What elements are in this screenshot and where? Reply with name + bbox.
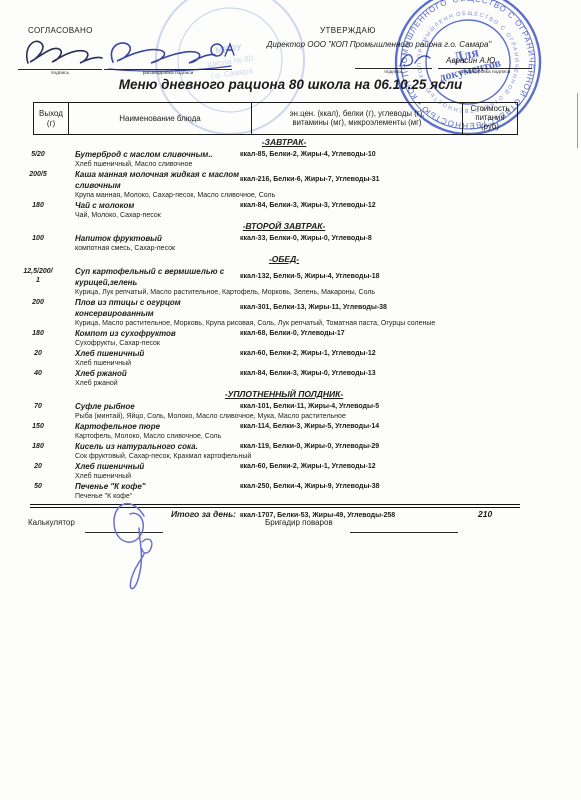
item-ingredients: Курица, Масло растительное, Морковь, Кру… — [75, 319, 554, 328]
item-name: Чай с молоком — [62, 200, 240, 211]
item-qty: 20 — [14, 348, 62, 358]
item-qty: 200 — [14, 297, 62, 307]
item-ingredients: Хлеб пшеничный — [75, 359, 554, 368]
approved-decipher-caption: расшифровка подписи — [438, 70, 532, 75]
menu-item-row: 180Кисель из натурального сока.ккал-119,… — [14, 441, 554, 452]
director-decipher-line — [438, 68, 532, 69]
item-name: Каша манная молочная жидкая с маслом сли… — [62, 169, 240, 191]
item-name: Кисель из натурального сока. — [62, 441, 240, 452]
item-name: Компот из сухофруктов — [62, 328, 240, 339]
col-header-output: Выход (г) — [34, 103, 69, 134]
director-sign-caption: подпись — [355, 70, 432, 75]
item-ingredients: Картофель, Молоко, Масло сливочное, Соль — [75, 432, 554, 441]
item-ingredients: Хлеб ржаной — [75, 379, 554, 388]
item-name: Картофельное пюре — [62, 421, 240, 432]
item-qty: 5/20 — [14, 149, 62, 159]
menu-item-row: 20Хлеб пшеничныйккал-60, Белки-2, Жиры-1… — [14, 461, 554, 472]
item-nutrition: ккал-60, Белки-2, Жиры-1, Углеводы-12 — [240, 463, 554, 471]
menu-item-row: 180Компот из сухофруктовккал-68, Белки-0… — [14, 328, 554, 339]
item-ingredients: Сок фруктовый, Сахар-песок, Крахмал карт… — [75, 452, 554, 461]
item-nutrition: ккал-68, Белки-0, Углеводы-17 — [240, 330, 554, 338]
col-header-cost: Стоимость питания (руб) — [463, 103, 517, 134]
menu-item-row: 100Напиток фруктовыйккал-33, Белки-0, Жи… — [14, 233, 554, 244]
item-qty: 12,5/200/ 1 — [14, 266, 62, 285]
item-name: Плов из птицы с огурцом консервированным — [62, 297, 240, 319]
brigadier-signature-line — [350, 532, 458, 533]
agreed-sign-caption: подпись — [18, 71, 102, 76]
menu-item-row: 70Суфле рыбноеккал-101, Белки-11, Жиры-4… — [14, 401, 554, 412]
total-divider — [30, 504, 520, 508]
item-nutrition: ккал-301, Белки-13, Жиры-11, Углеводы-38 — [240, 304, 554, 312]
menu-item-row: 20Хлеб пшеничныйккал-60, Белки-2, Жиры-1… — [14, 348, 554, 359]
scan-edge-artifact — [577, 93, 578, 148]
item-qty: 20 — [14, 461, 62, 471]
item-nutrition: ккал-84, Белки-3, Жиры-3, Углеводы-12 — [240, 202, 554, 210]
item-nutrition: ккал-114, Белки-3, Жиры-5, Углеводы-14 — [240, 423, 554, 431]
item-qty: 180 — [14, 200, 62, 210]
item-nutrition: ккал-101, Белки-11, Жиры-4, Углеводы-5 — [240, 403, 554, 411]
menu-item-row: 12,5/200/ 1Суп картофельный с вермишелью… — [14, 266, 554, 288]
menu-item-row: 200Плов из птицы с огурцом консервирован… — [14, 297, 554, 319]
menu-item-row: 150Картофельное пюреккал-114, Белки-3, Ж… — [14, 421, 554, 432]
menu-sections: -ЗАВТРАК-5/20Бутерброд с маслом сливочны… — [14, 136, 554, 519]
item-ingredients: Сухофрукты, Сахар-песок — [75, 339, 554, 348]
item-qty: 180 — [14, 441, 62, 451]
item-ingredients: Крупа манная, Молоко, Сахар-песок, Масло… — [75, 191, 554, 200]
item-name: Печенье "К кофе" — [62, 481, 240, 492]
decipher-signature-line — [104, 69, 232, 70]
director-line: Директор ООО "КОП Промышленного района г… — [244, 40, 514, 49]
col-header-dish: Наименование блюда — [69, 103, 252, 134]
item-ingredients: Хлеб пшеничный, Масло сливочное — [75, 160, 554, 169]
director-signature — [398, 50, 434, 70]
brigadier-label: Бригадир поваров — [265, 518, 333, 527]
director-name: Аврасин А.Ю. — [446, 56, 497, 65]
table-header: Выход (г) Наименование блюда эн.цен. (кк… — [33, 102, 518, 135]
item-name: Хлеб ржаной — [62, 368, 240, 379]
item-nutrition: ккал-85, Белки-2, Жиры-4, Углеводы-10 — [240, 151, 554, 159]
agreed-signature — [22, 36, 106, 70]
menu-item-row: 50Печенье "К кофе"ккал-250, Белки-4, Жир… — [14, 481, 554, 492]
menu-item-row: 200/5Каша манная молочная жидкая с масло… — [14, 169, 554, 191]
agreed-signature-line — [18, 69, 102, 70]
agreed-decipher-caption: расшифровка подписи — [104, 71, 232, 76]
menu-item-row: 40Хлеб ржанойккал-84, Белки-3, Жиры-0, У… — [14, 368, 554, 379]
item-qty: 50 — [14, 481, 62, 491]
item-qty: 100 — [14, 233, 62, 243]
item-ingredients: Чай, Молоко, Сахар-песок — [75, 211, 554, 220]
item-ingredients: Хлеб пшеничный — [75, 472, 554, 481]
item-qty: 200/5 — [14, 169, 62, 179]
item-qty: 180 — [14, 328, 62, 338]
menu-item-row: 180Чай с молокомккал-84, Белки-3, Жиры-3… — [14, 200, 554, 211]
item-nutrition: ккал-84, Белки-3, Жиры-0, Углеводы-13 — [240, 370, 554, 378]
item-nutrition: ккал-216, Белки-6, Жиры-7, Углеводы-31 — [240, 176, 554, 184]
item-nutrition: ккал-250, Белки-4, Жиры-9, Углеводы-38 — [240, 483, 554, 491]
item-qty: 70 — [14, 401, 62, 411]
item-name: Хлеб пшеничный — [62, 348, 240, 359]
agreed-label: СОГЛАСОВАНО — [28, 26, 93, 35]
item-name: Бутерброд с маслом сливочным.. — [62, 149, 240, 160]
section-heading: -ЗАВТРАК- — [14, 136, 554, 149]
item-nutrition: ккал-60, Белки-2, Жиры-1, Углеводы-12 — [240, 350, 554, 358]
item-name: Суфле рыбное — [62, 401, 240, 412]
item-name: Суп картофельный с вермишелью с курицей,… — [62, 266, 240, 288]
section-heading: -УПЛОТНЕННЫЙ ПОЛДНИК- — [14, 388, 554, 401]
item-nutrition: ккал-119, Белки-0, Жиры-0, Углеводы-29 — [240, 443, 554, 451]
item-qty: 150 — [14, 421, 62, 431]
item-name: Напиток фруктовый — [62, 233, 240, 244]
item-nutrition: ккал-132, Белки-5, Жиры-4, Углеводы-18 — [240, 273, 554, 281]
calculator-signature — [108, 494, 166, 602]
page-title: Меню дневного рациона 80 школа на 06.10.… — [0, 77, 581, 92]
total-cost: 210 — [478, 509, 554, 519]
item-ingredients: Курица, Лук репчатый, Масло растительное… — [75, 288, 554, 297]
item-nutrition: ккал-33, Белки-0, Жиры-0, Углеводы-8 — [240, 235, 554, 243]
section-heading: -ОБЕД- — [14, 253, 554, 266]
item-name: Хлеб пшеничный — [62, 461, 240, 472]
item-ingredients: Рыба (минтай), Яйцо, Соль, Молоко, Масло… — [75, 412, 554, 421]
item-ingredients: компотная смесь, Сахар-песок — [75, 244, 554, 253]
menu-item-row: 5/20Бутерброд с маслом сливочным..ккал-8… — [14, 149, 554, 160]
item-qty: 40 — [14, 368, 62, 378]
col-header-nutrition: эн.цен. (ккал), белки (г), углеводы (г),… — [252, 103, 463, 134]
section-heading: -ВТОРОЙ ЗАВТРАК- — [14, 220, 554, 233]
approved-label: УТВЕРЖДАЮ — [320, 26, 376, 35]
calculator-label: Калькулятор — [28, 518, 75, 527]
